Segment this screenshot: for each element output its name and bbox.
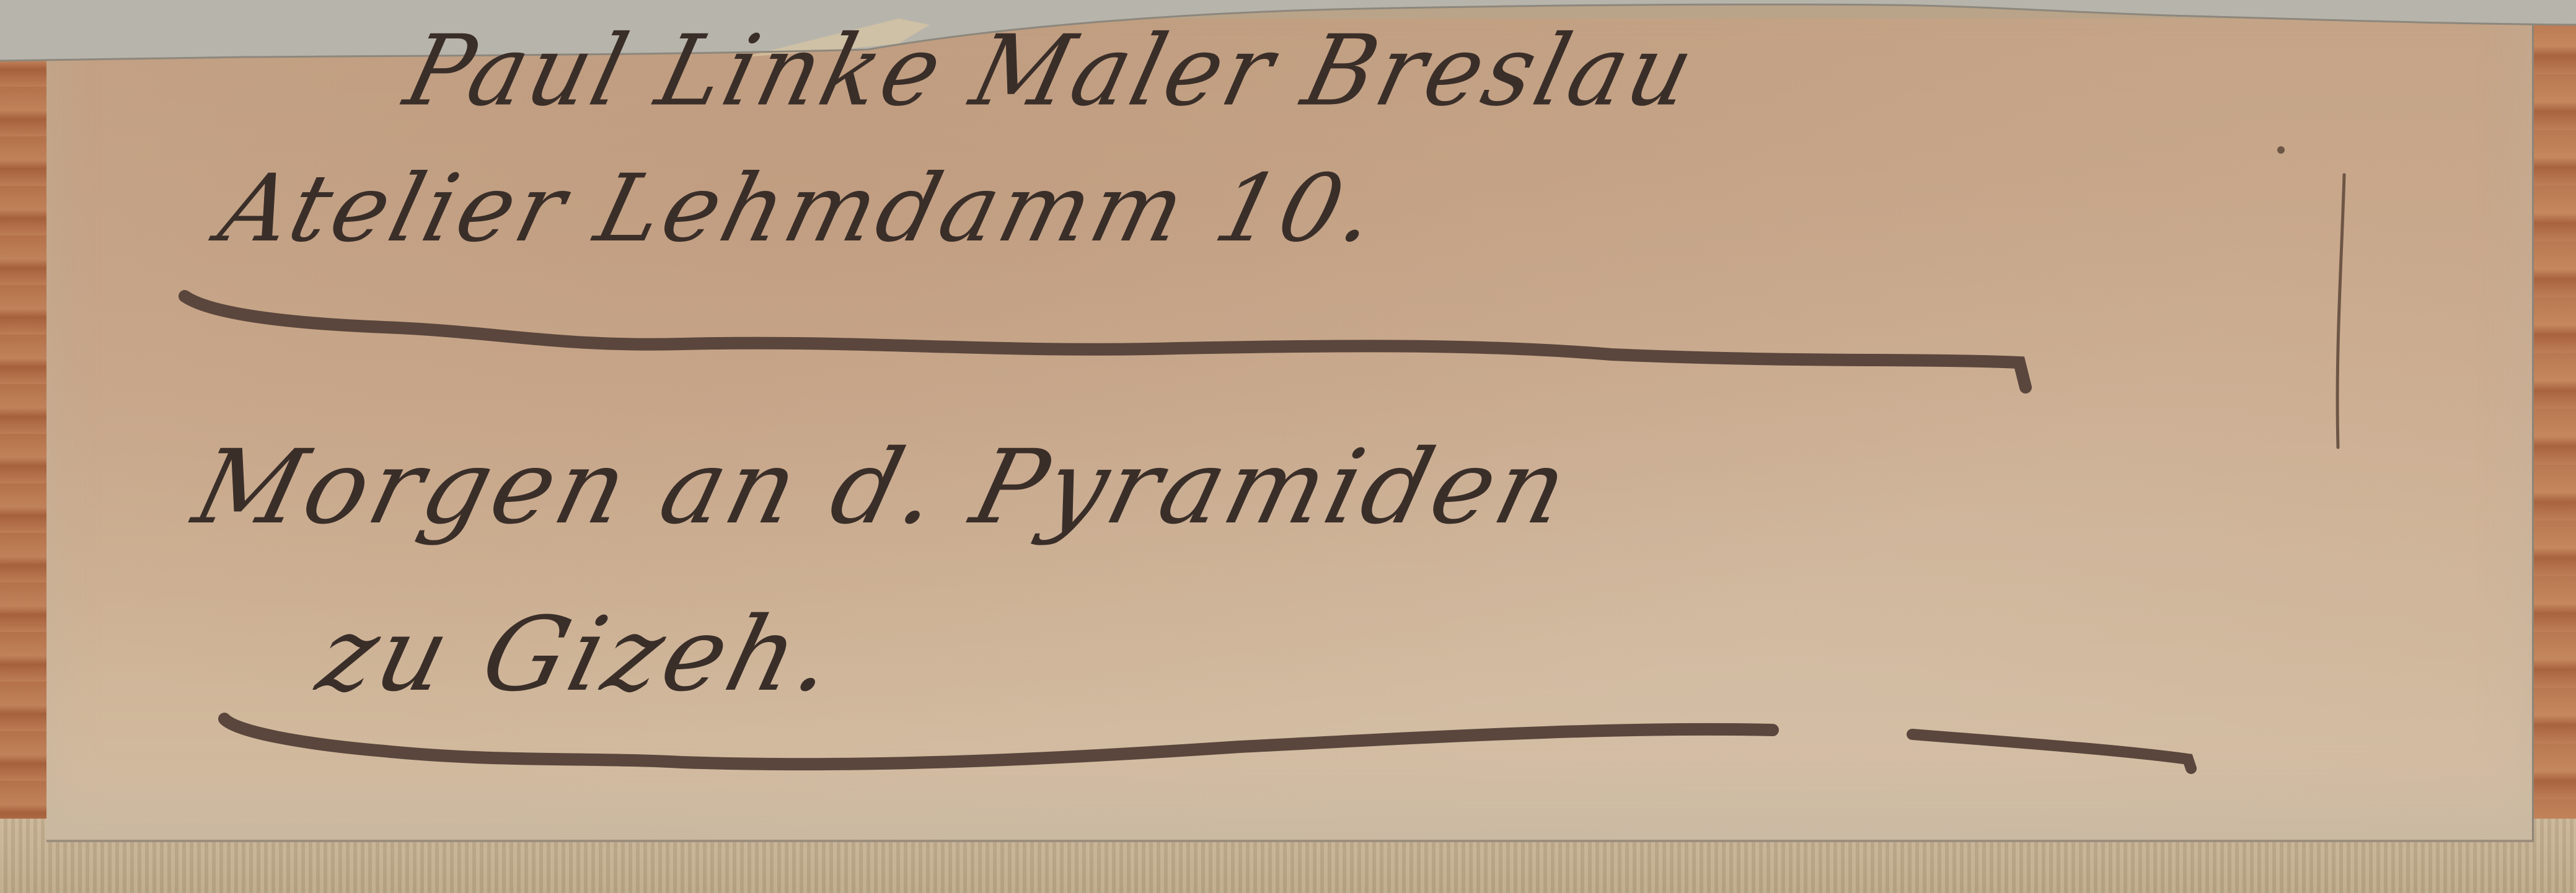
label-line-1: Paul Linke Maler Breslau — [395, 15, 1708, 128]
ink-dot — [2277, 146, 2285, 154]
painting-back-scene: Paul Linke Maler Breslau Atelier Lehmdam… — [0, 0, 2576, 893]
label-line-4: zu Gizeh. — [307, 595, 850, 714]
label-line-3: Morgen an d. Pyramiden — [183, 428, 1582, 547]
underline-2 — [224, 719, 1773, 764]
underline-2-tail — [1912, 734, 2191, 768]
underline-1 — [185, 296, 2026, 387]
pencil-stroke — [2337, 175, 2344, 447]
label-line-2: Atelier Lehmdamm 10. — [210, 155, 1391, 263]
